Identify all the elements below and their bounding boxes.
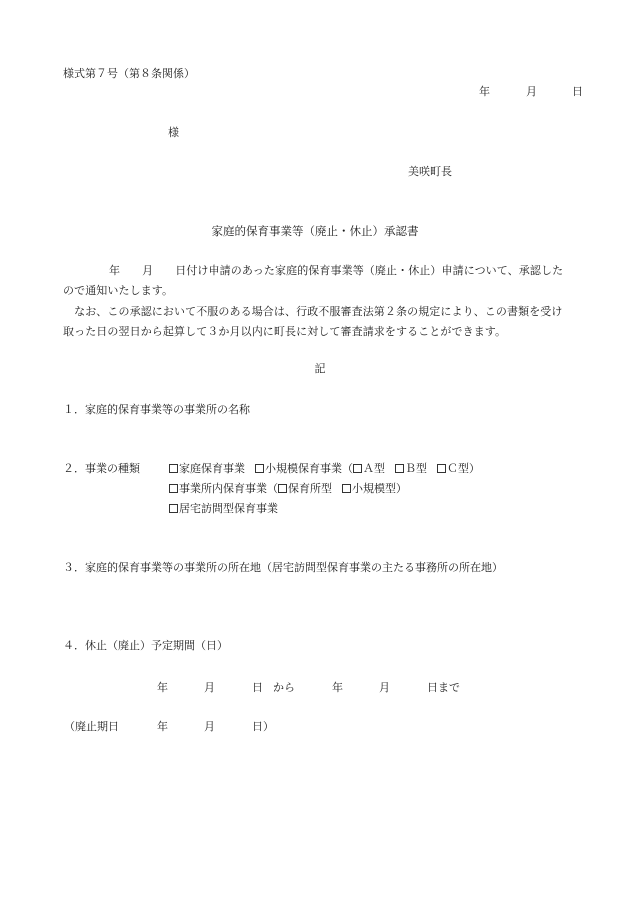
body-line1-rest: 日付け申請のあった家庭的保育事業等（廃止・休止）申請について、承認した <box>175 264 563 277</box>
issuer-name: 美咲町長 <box>408 165 452 179</box>
checkbox-small-scale-daycare[interactable] <box>255 464 264 473</box>
item1-label: １．家庭的保育事業等の事業所の名称 <box>63 403 250 417</box>
option-home-visit-daycare: 居宅訪問型保育事業 <box>179 502 278 515</box>
body-line1-month: 月 <box>142 264 153 277</box>
checkbox-type-a[interactable] <box>353 464 362 473</box>
body-line1-year: 年 <box>109 264 120 277</box>
addressee-honorific: 様 <box>168 126 179 140</box>
item2-options-row3: 居宅訪問型保育事業 <box>169 502 278 516</box>
closing-date-day: 日） <box>252 720 274 734</box>
checkbox-type-b[interactable] <box>395 464 404 473</box>
period-from-day: 日 <box>252 681 263 695</box>
issue-date-year-label: 年 <box>479 85 490 99</box>
form-number: 様式第７号（第８条関係） <box>63 67 195 81</box>
period-from-year: 年 <box>157 681 168 695</box>
period-to-month: 月 <box>379 681 390 695</box>
checkbox-type-c[interactable] <box>437 464 446 473</box>
item2-label: ２．事業の種類 <box>63 462 140 476</box>
closing-date-prefix: （廃止期日 <box>64 720 119 734</box>
option-family-daycare: 家庭保育事業 <box>179 462 245 475</box>
closing-date-month: 月 <box>204 720 215 734</box>
item3-label: ３．家庭的保育事業等の事業所の所在地（居宅訪問型保育事業の主たる事務所の所在地） <box>63 561 503 575</box>
checkbox-small-type[interactable] <box>342 484 351 493</box>
body-line-4: 取った日の翌日から起算して３か月以内に町長に対して審査請求をすることができます。 <box>63 322 585 342</box>
option-small-type: 小規模型） <box>352 482 407 495</box>
body-line-1: 年月日付け申請のあった家庭的保育事業等（廃止・休止）申請について、承認した <box>63 261 585 281</box>
option-nursery-type: 保育所型 <box>288 482 332 495</box>
option-small-scale-daycare: 小規模保育事業（ <box>265 462 353 475</box>
period-to-day: 日まで <box>427 681 460 695</box>
document-title: 家庭的保育事業等（廃止・休止）承認書 <box>0 224 630 238</box>
option-workplace-daycare: 事業所内保育事業（ <box>179 482 278 495</box>
checkbox-family-daycare[interactable] <box>169 464 178 473</box>
period-from-suffix: から <box>273 681 295 695</box>
item2-options-row1: 家庭保育事業小規模保育事業（Ａ型Ｂ型Ｃ型） <box>169 462 480 476</box>
option-type-c: Ｃ型） <box>447 462 480 475</box>
option-type-a: Ａ型 <box>363 462 385 475</box>
checkbox-home-visit-daycare[interactable] <box>169 504 178 513</box>
body-line-2: ので通知いたします。 <box>63 281 585 301</box>
checkbox-nursery-type[interactable] <box>278 484 287 493</box>
item2-options-row2: 事業所内保育事業（保育所型小規模型） <box>169 482 407 496</box>
period-to-year: 年 <box>332 681 343 695</box>
item4-label: ４．休止（廃止）予定期間（日） <box>63 639 228 653</box>
ki-heading: 記 <box>0 362 630 376</box>
checkbox-workplace-daycare[interactable] <box>169 484 178 493</box>
period-from-month: 月 <box>204 681 215 695</box>
option-type-b: Ｂ型 <box>405 462 427 475</box>
issue-date-day-label: 日 <box>572 85 583 99</box>
closing-date-year: 年 <box>157 720 168 734</box>
body-paragraph: 年月日付け申請のあった家庭的保育事業等（廃止・休止）申請について、承認した ので… <box>63 261 585 342</box>
body-line-3: なお、この承認において不服のある場合は、行政不服審査法第２条の規定により、この書… <box>63 302 585 322</box>
issue-date-month-label: 月 <box>526 85 537 99</box>
